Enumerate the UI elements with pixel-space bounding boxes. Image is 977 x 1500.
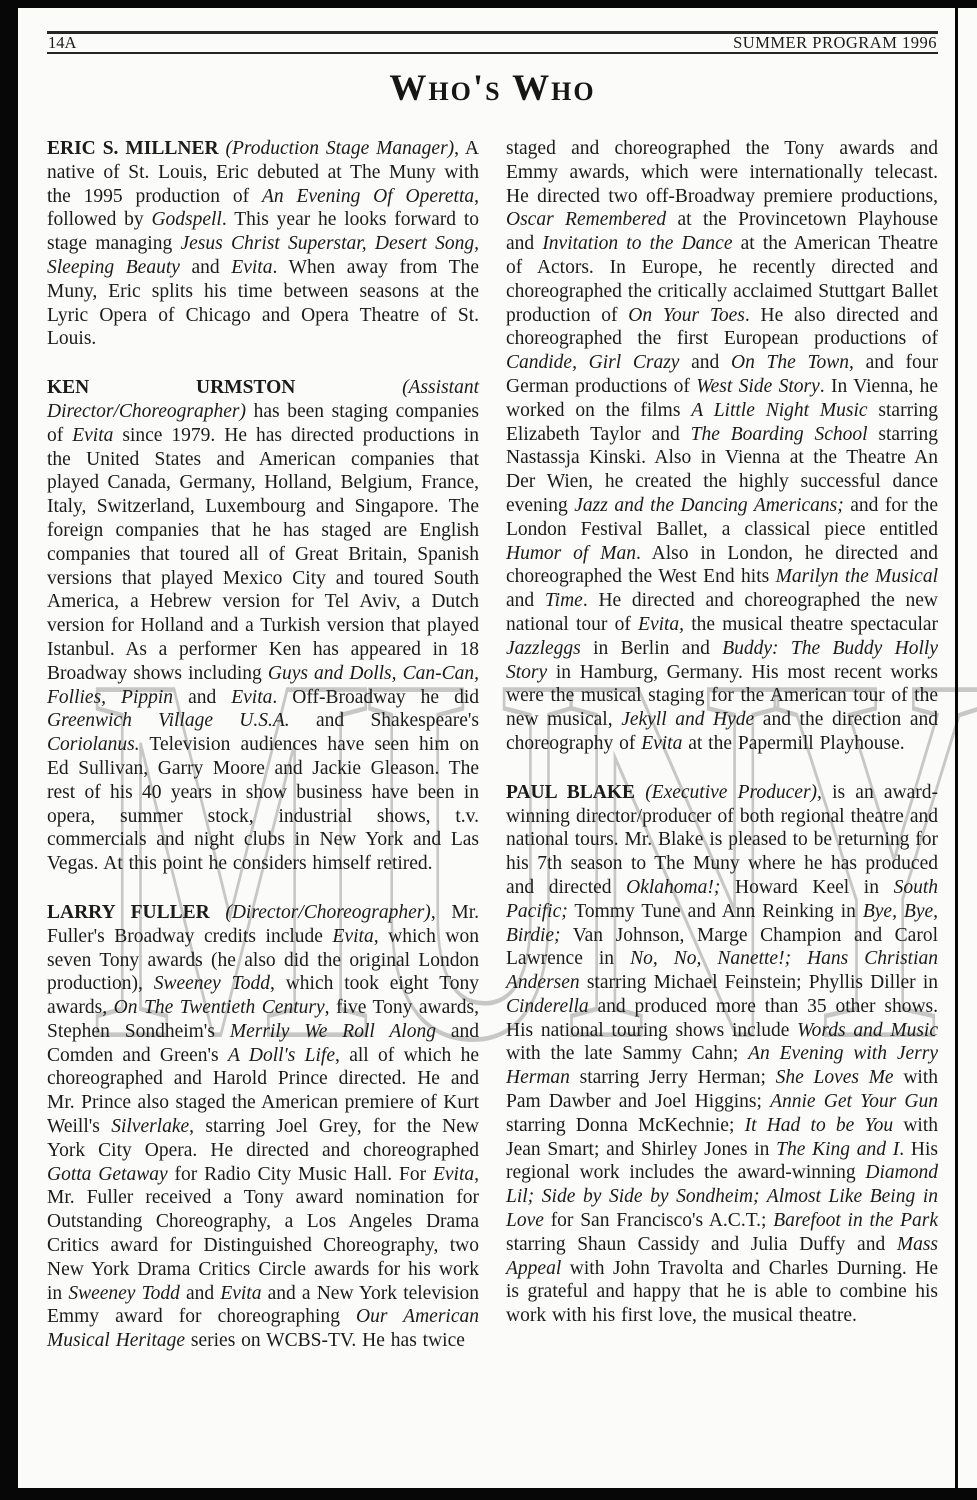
italic-text: Merrily We Roll Along <box>230 1021 436 1042</box>
italic-text: Evita <box>231 687 272 708</box>
body-text: since 1979. He has directed productions … <box>47 425 479 684</box>
italic-text: Gotta Getaway <box>47 1164 168 1185</box>
italic-text: Humor of Man <box>506 543 636 564</box>
bio-name: ERIC S. MILLNER <box>47 138 225 159</box>
italic-text: Evita <box>72 425 113 446</box>
italic-text: (Director/Choreographer) <box>225 902 430 923</box>
header-rule-bottom <box>47 52 938 54</box>
body-text: with the late Sammy Cahn; <box>506 1043 748 1064</box>
body-text: Howard Keel in <box>720 877 893 898</box>
scan-edge-left <box>0 0 18 1500</box>
italic-text: Jazzleggs <box>506 638 581 659</box>
body-text: and <box>180 257 231 278</box>
italic-text: A Little Night Music <box>691 400 867 421</box>
body-text: for Radio City Music Hall. For <box>168 1164 433 1185</box>
italic-text: Evita <box>220 1283 261 1304</box>
italic-text: Silverlake <box>111 1116 189 1137</box>
bio-columns: ERIC S. MILLNER (Production Stage Manage… <box>47 137 938 1353</box>
body-text: for San Francisco's A.C.T.; <box>544 1210 773 1231</box>
italic-text: Evita <box>231 257 272 278</box>
bio-paragraph: ERIC S. MILLNER (Production Stage Manage… <box>47 137 479 351</box>
page-number: 14A <box>48 35 76 50</box>
page-content: 14A SUMMER PROGRAM 1996 Who's Who ERIC S… <box>0 31 977 1353</box>
italic-text: Annie Get Your Gun <box>770 1091 938 1112</box>
italic-text: On Your Toes <box>628 305 745 326</box>
italic-text: On The Twentieth Century <box>114 997 325 1018</box>
italic-text: She Loves Me <box>776 1067 894 1088</box>
italic-text: Marilyn the Musical <box>776 566 938 587</box>
page-title: Who's Who <box>47 67 938 110</box>
body-text: and <box>173 687 231 708</box>
italic-text: It Had to be You <box>745 1115 894 1136</box>
bio-paragraph: KEN URMSTON (Assistant Director/Choreogr… <box>47 376 479 876</box>
scan-edge-top <box>0 0 977 8</box>
scan-edge-bottom <box>0 1488 977 1500</box>
program-edition-label: SUMMER PROGRAM 1996 <box>733 35 937 50</box>
italic-text: A Doll's Life <box>228 1045 335 1066</box>
body-text: starring Michael Feinstein; Phyllis Dill… <box>580 972 938 993</box>
italic-text: The Boarding School <box>691 424 868 445</box>
body-text: . Off-Broadway he did <box>272 687 479 708</box>
italic-text: Godspell <box>151 209 221 230</box>
italic-text: Oklahoma!; <box>626 877 720 898</box>
body-text: with John Travolta and Charles Durning. … <box>506 1258 938 1327</box>
scan-edge-right <box>955 0 958 1500</box>
italic-text: An Evening Of Operetta <box>262 186 474 207</box>
body-text: and Shakespeare's <box>290 710 479 731</box>
italic-text: Oscar Remembered <box>506 209 666 230</box>
italic-text: Sweeney Todd <box>154 973 270 994</box>
italic-text: West Side Story <box>696 376 820 397</box>
program-page: MUNY 14A SUMMER PROGRAM 1996 Who's Who E… <box>0 0 977 1500</box>
body-text: the musical theatre spectacular <box>684 614 938 635</box>
body-text: and <box>506 590 545 611</box>
italic-text: Barefoot in the Park <box>773 1210 938 1231</box>
italic-text: Greenwich Village U.S.A. <box>47 710 290 731</box>
italic-text: Evita <box>641 733 682 754</box>
bio-paragraph: staged and choreographed the Tony awards… <box>506 137 938 756</box>
bio-name: PAUL BLAKE <box>506 782 645 803</box>
italic-text: Words and Music <box>797 1020 938 1041</box>
body-text: at the Papermill Playhouse. <box>682 733 904 754</box>
body-text: staged and choreographed the Tony awards… <box>506 138 938 207</box>
italic-text: Evita, <box>638 614 684 635</box>
italic-text: Time <box>545 590 583 611</box>
italic-text: Evita <box>433 1164 474 1185</box>
italic-text: On The Town, <box>731 352 854 373</box>
right-column: staged and choreographed the Tony awards… <box>506 137 938 1353</box>
italic-text: Jekyll and Hyde <box>621 709 754 730</box>
italic-text: Sweeney Todd <box>68 1283 180 1304</box>
body-text: and <box>679 352 731 373</box>
italic-text: Invitation to the Dance <box>542 233 732 254</box>
bio-name: LARRY FULLER <box>47 902 225 923</box>
body-text: series on WCBS-TV. He has twice <box>185 1330 465 1351</box>
body-text: starring Donna McKechnie; <box>506 1115 745 1136</box>
page-header: 14A SUMMER PROGRAM 1996 <box>47 34 938 52</box>
body-text: starring Jerry Herman; <box>570 1067 776 1088</box>
body-text: and <box>180 1283 220 1304</box>
italic-text: Cinderella <box>506 996 589 1017</box>
bio-paragraph: PAUL BLAKE (Executive Producer), is an a… <box>506 781 938 1328</box>
body-text: starring Shaun Cassidy and Julia Duffy a… <box>506 1234 897 1255</box>
bio-paragraph: LARRY FULLER (Director/Choreographer), M… <box>47 901 479 1353</box>
bio-name: KEN URMSTON <box>47 377 402 398</box>
left-column: ERIC S. MILLNER (Production Stage Manage… <box>47 137 479 1353</box>
italic-text: (Production Stage Manager) <box>225 138 454 159</box>
italic-text: Jazz and the Dancing Americans; <box>574 495 843 516</box>
italic-text: (Executive Producer), <box>645 782 822 803</box>
italic-text: Coriolanus. <box>47 734 140 755</box>
italic-text: The King and I <box>776 1139 899 1160</box>
body-text: in Berlin and <box>581 638 722 659</box>
italic-text: Candide, Girl Crazy <box>506 352 679 373</box>
italic-text: Evita, <box>333 926 379 947</box>
body-text: Tommy Tune and Ann Reinking in <box>568 901 863 922</box>
